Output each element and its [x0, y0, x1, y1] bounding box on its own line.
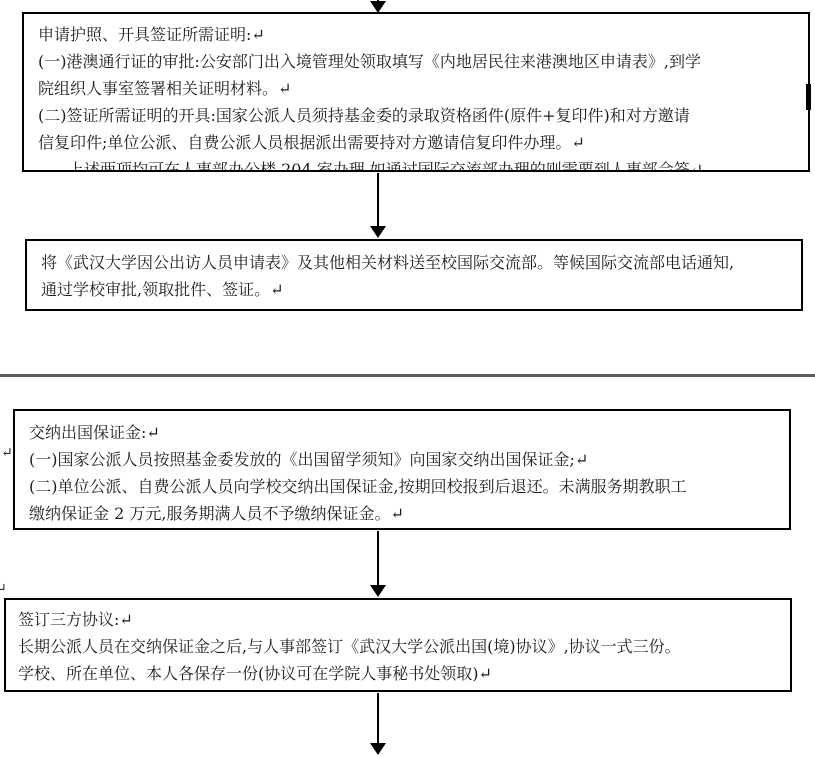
step-line: 将《武汉大学因公出访人员申请表》及其他相关材料送至校国际交流部。等候国际交流部电… [41, 249, 793, 276]
flow-step-passport-visa-certificates: 申请护照、开具签证所需证明:↵ (一)港澳通行证的审批:公安部门出入境管理处领取… [22, 12, 810, 172]
step-line: 上述两项均可在人事部办公楼 204 室办理,如通过国际交流部办理的则需要到人事部… [38, 156, 800, 172]
box-border-mark [806, 84, 811, 110]
step-line: 申请护照、开具签证所需证明:↵ [38, 21, 800, 48]
step-line: 长期公派人员在交纳保证金之后,与人事部签订《武汉大学公派出国(境)协议》,协议一… [18, 633, 782, 660]
paragraph-mark-icon: ↵ [0, 582, 7, 596]
arrow-head [370, 743, 386, 755]
step-line: 签订三方协议:↵ [18, 606, 782, 633]
page-break-divider [0, 374, 815, 377]
step-line: (二)单位公派、自费公派人员向学校交纳出国保证金,按期回校报到后退还。未满服务期… [29, 473, 781, 500]
flow-step-submit-application: 将《武汉大学因公出访人员申请表》及其他相关材料送至校国际交流部。等候国际交流部电… [25, 239, 803, 311]
step-line: (一)国家公派人员按照基金委发放的《出国留学须知》向国家交纳出国保证金;↵ [29, 446, 781, 473]
step-line: 交纳出国保证金:↵ [29, 419, 781, 446]
step-line: (一)港澳通行证的审批:公安部门出入境管理处领取填写《内地居民往来港澳地区申请表… [38, 48, 800, 75]
flowchart-document: 申请护照、开具签证所需证明:↵ (一)港澳通行证的审批:公安部门出入境管理处领取… [0, 0, 815, 757]
step-line: 通过学校审批,领取批件、签证。↵ [41, 276, 793, 303]
step-line: 信复印件;单位公派、自费公派人员根据派出需要持对方邀请信复印件办理。↵ [38, 129, 800, 156]
arrow-shaft [377, 693, 379, 744]
step-line: 缴纳保证金 2 万元,服务期满人员不予缴纳保证金。↵ [29, 500, 781, 527]
down-arrow-icon [370, 531, 386, 597]
arrow-head [370, 226, 386, 238]
arrow-shaft [377, 173, 379, 227]
down-arrow-icon [370, 693, 386, 755]
down-arrow-icon [370, 173, 386, 238]
arrow-shaft [377, 531, 379, 586]
flow-step-pay-deposit: 交纳出国保证金:↵ (一)国家公派人员按照基金委发放的《出国留学须知》向国家交纳… [13, 409, 791, 530]
paragraph-mark-icon: ↵ [1, 446, 13, 460]
arrow-head [370, 585, 386, 597]
flow-step-sign-tripartite-agreement: 签订三方协议:↵ 长期公派人员在交纳保证金之后,与人事部签订《武汉大学公派出国(… [4, 598, 792, 692]
step-line: 学校、所在单位、本人各保存一份(协议可在学院人事秘书处领取)↵ [18, 660, 782, 687]
step-line: 院组织人事室签署相关证明材料。↵ [38, 75, 800, 102]
step-line: (二)签证所需证明的开具:国家公派人员须持基金委的录取资格函件(原件+复印件)和… [38, 102, 800, 129]
